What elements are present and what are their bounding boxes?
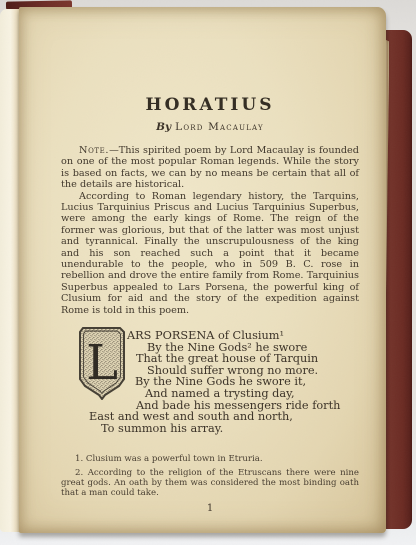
intro-paragraph: According to Roman legendary history, th… (61, 191, 359, 316)
note-dash: — (109, 145, 119, 156)
poem-line: ARS PORSENA of Clusium¹ (61, 330, 359, 342)
footnote: 1. Clusium was a powerful town in Etruri… (61, 454, 359, 464)
page-text-block: HORATIUS ByLord Macaulay Note.—This spir… (61, 95, 359, 514)
page-title: HORATIUS (61, 95, 359, 115)
page-number: 1 (61, 503, 359, 514)
byline: ByLord Macaulay (61, 121, 359, 133)
poem-line: And named a trysting day, (61, 388, 359, 400)
byline-author: Lord Macaulay (175, 121, 264, 133)
poem-stanza: L ARS PORSENA of Clusium¹ By the Nine Go… (61, 330, 359, 434)
note-label: Note. (79, 145, 109, 156)
book-page: HORATIUS ByLord Macaulay Note.—This spir… (19, 7, 386, 533)
footnotes: 1. Clusium was a powerful town in Etruri… (61, 454, 359, 498)
byline-prefix: By (156, 121, 171, 133)
poem-line: To summon his array. (61, 423, 359, 435)
footnote: 2. According to the religion of the Etru… (61, 468, 359, 499)
book-photo-scene: HORATIUS ByLord Macaulay Note.—This spir… (0, 0, 416, 545)
note-paragraph: Note.—This spirited poem by Lord Macaula… (61, 145, 359, 191)
previous-page-edge (0, 9, 21, 532)
poem-lines: ARS PORSENA of Clusium¹ By the Nine Gods… (61, 330, 359, 434)
